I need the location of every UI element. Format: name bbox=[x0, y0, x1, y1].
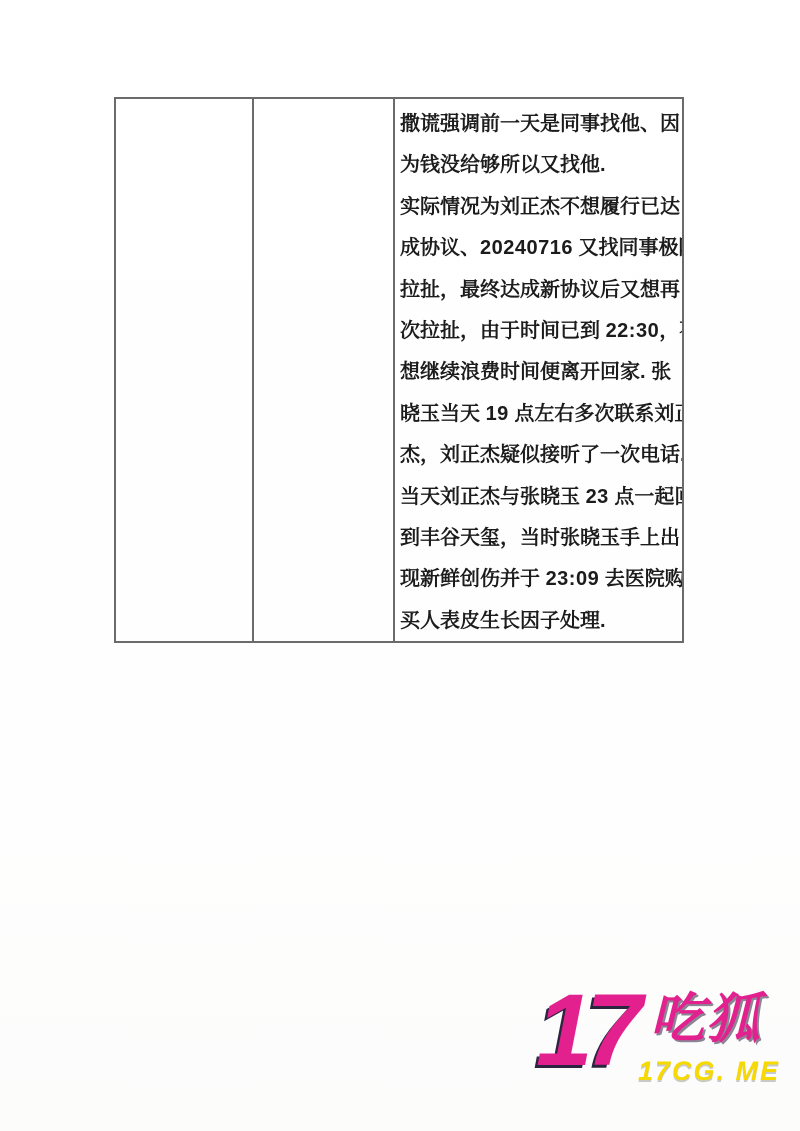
table-cell-empty-1 bbox=[116, 99, 254, 641]
text-line: 为钱没给够所以又找他. bbox=[400, 145, 681, 186]
text-line: 现新鲜创伤并于 23:09 去医院购 bbox=[400, 559, 681, 600]
text-line: 想继续浪费时间便离开回家. 张 bbox=[400, 352, 681, 393]
text-line: 杰，刘正杰疑似接听了一次电话. bbox=[400, 435, 681, 476]
text-line: 拉扯，最终达成新协议后又想再 bbox=[400, 270, 681, 311]
text-line: 到丰谷天玺，当时张晓玉手上出 bbox=[400, 518, 681, 559]
logo-17-numeral: 17 bbox=[536, 980, 635, 1080]
text-line: 成协议、20240716 又找同事极限 bbox=[400, 228, 681, 269]
table-cell-text: 撒谎强调前一天是同事找他、因为钱没给够所以又找他.实际情况为刘正杰不想履行已达成… bbox=[395, 99, 682, 641]
text-line: 次拉扯，由于时间已到 22:30，不 bbox=[400, 311, 681, 352]
cell-text-lines: 撒谎强调前一天是同事找他、因为钱没给够所以又找他.实际情况为刘正杰不想履行已达成… bbox=[400, 104, 681, 641]
text-line: 晓玉当天 19 点左右多次联系刘正 bbox=[400, 394, 681, 435]
evidence-table: 撒谎强调前一天是同事找他、因为钱没给够所以又找他.实际情况为刘正杰不想履行已达成… bbox=[114, 97, 684, 643]
logo-brand-name: 吃狐 bbox=[650, 992, 762, 1046]
text-line: 撒谎强调前一天是同事找他、因 bbox=[400, 104, 681, 145]
text-line: 实际情况为刘正杰不想履行已达 bbox=[400, 187, 681, 228]
text-line: 买人表皮生长因子处理. bbox=[400, 601, 681, 641]
text-line: 当天刘正杰与张晓玉 23 点一起回 bbox=[400, 477, 681, 518]
logo-site-url: 17CG. ME bbox=[638, 1058, 780, 1085]
table-cell-empty-2 bbox=[254, 99, 395, 641]
watermark-logo: 17 吃狐 17CG. ME bbox=[530, 984, 795, 1096]
document-page: 撒谎强调前一天是同事找他、因为钱没给够所以又找他.实际情况为刘正杰不想履行已达成… bbox=[0, 0, 800, 1131]
